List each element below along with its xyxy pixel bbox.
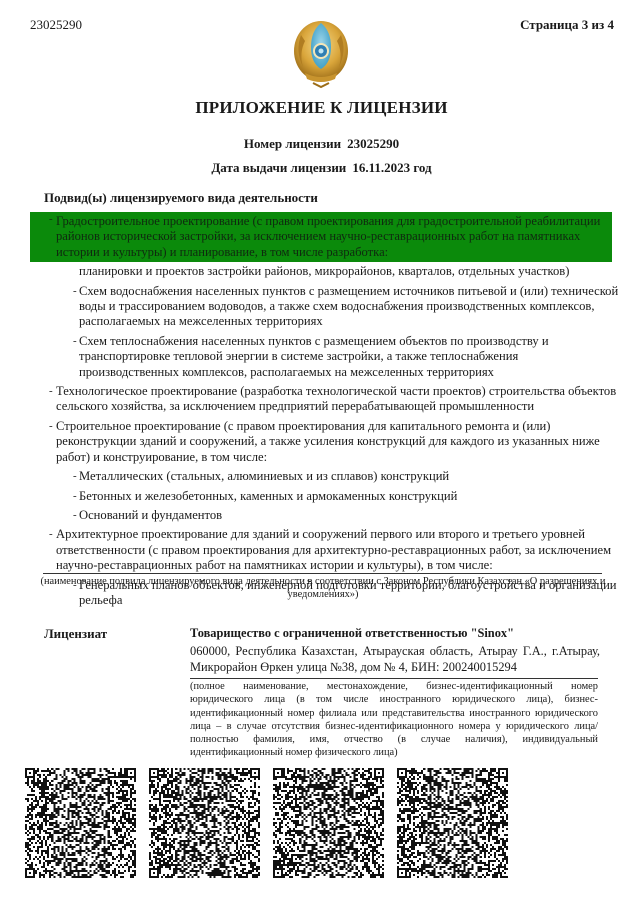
document-number: 23025290 [30, 17, 82, 33]
licensee-label: Лицензиат [44, 626, 107, 642]
licensee-caption: (полное наименование, местонахождение, б… [190, 680, 598, 760]
subtype-text: Схем водоснабжения населенных пунктов с … [79, 284, 618, 329]
page-title: ПРИЛОЖЕНИЕ К ЛИЦЕНЗИИ [0, 98, 643, 118]
subtype-item: -Металлических (стальных, алюминиевых и … [30, 469, 620, 484]
bullet-dash-icon: - [73, 508, 77, 523]
license-date-label: Дата выдачи лицензии [211, 160, 346, 175]
subtypes-list: -Градостроительное проектирование (с пра… [30, 212, 620, 612]
page-indicator: Страница 3 из 4 [520, 17, 614, 33]
subtype-text: Градостроительное проектирование (с прав… [56, 214, 600, 259]
license-date-value: 16.11.2023 год [352, 160, 431, 175]
bullet-dash-icon: - [73, 489, 77, 504]
bullet-dash-icon: - [49, 527, 53, 542]
subtype-item: -Схем водоснабжения населенных пунктов с… [30, 284, 620, 330]
subtype-item: -Оснований и фундаментов [30, 508, 620, 523]
bullet-dash-icon: - [49, 419, 53, 434]
subtypes-divider [43, 573, 602, 574]
subtype-text: Строительное проектирование (с правом пр… [56, 419, 600, 464]
subtypes-caption: (наименование подвида лицензируемого вид… [40, 575, 606, 601]
subtype-item: -Бетонных и железобетонных, каменных и а… [30, 489, 620, 504]
subtype-text: Металлических (стальных, алюминиевых и и… [79, 469, 449, 483]
license-number-label: Номер лицензии [244, 136, 341, 151]
licensee-address: 060000, Республика Казахстан, Атырауская… [190, 643, 600, 675]
subtype-text: Бетонных и железобетонных, каменных и ар… [79, 489, 457, 503]
subtype-text: Схем теплоснабжения населенных пунктов с… [79, 334, 549, 379]
subtype-item-highlighted: -Градостроительное проектирование (с пра… [30, 212, 612, 262]
license-number-line: Номер лицензии23025290 [0, 136, 643, 152]
qr-code-4 [397, 768, 508, 878]
subtype-text: Оснований и фундаментов [79, 508, 222, 522]
bullet-dash-icon: - [49, 212, 53, 227]
licensee-name: Товарищество с ограниченной ответственно… [190, 626, 514, 641]
license-number-value: 23025290 [347, 136, 399, 151]
bullet-dash-icon: - [73, 469, 77, 484]
state-emblem-icon [291, 17, 351, 89]
subtype-item: планировки и проектов застройки районов,… [30, 264, 620, 279]
bullet-dash-icon: - [73, 334, 77, 349]
subtype-text: Технологическое проектирование (разработ… [56, 384, 616, 413]
qr-code-1 [25, 768, 136, 878]
subtype-item: -Схем теплоснабжения населенных пунктов … [30, 334, 620, 380]
licensee-divider [190, 678, 598, 679]
subtype-item: -Строительное проектирование (с правом п… [30, 419, 620, 465]
subtype-item: -Технологическое проектирование (разрабо… [30, 384, 620, 415]
license-date-line: Дата выдачи лицензии16.11.2023 год [0, 160, 643, 176]
subtype-text: Архитектурное проектирование для зданий … [56, 527, 611, 572]
subtype-item: -Архитектурное проектирование для зданий… [30, 527, 620, 573]
bullet-dash-icon: - [73, 284, 77, 299]
subtypes-heading: Подвид(ы) лицензируемого вида деятельнос… [44, 190, 318, 206]
qr-code-3 [273, 768, 384, 878]
bullet-dash-icon: - [49, 384, 53, 399]
qr-code-2 [149, 768, 260, 878]
subtype-text: планировки и проектов застройки районов,… [79, 264, 569, 278]
